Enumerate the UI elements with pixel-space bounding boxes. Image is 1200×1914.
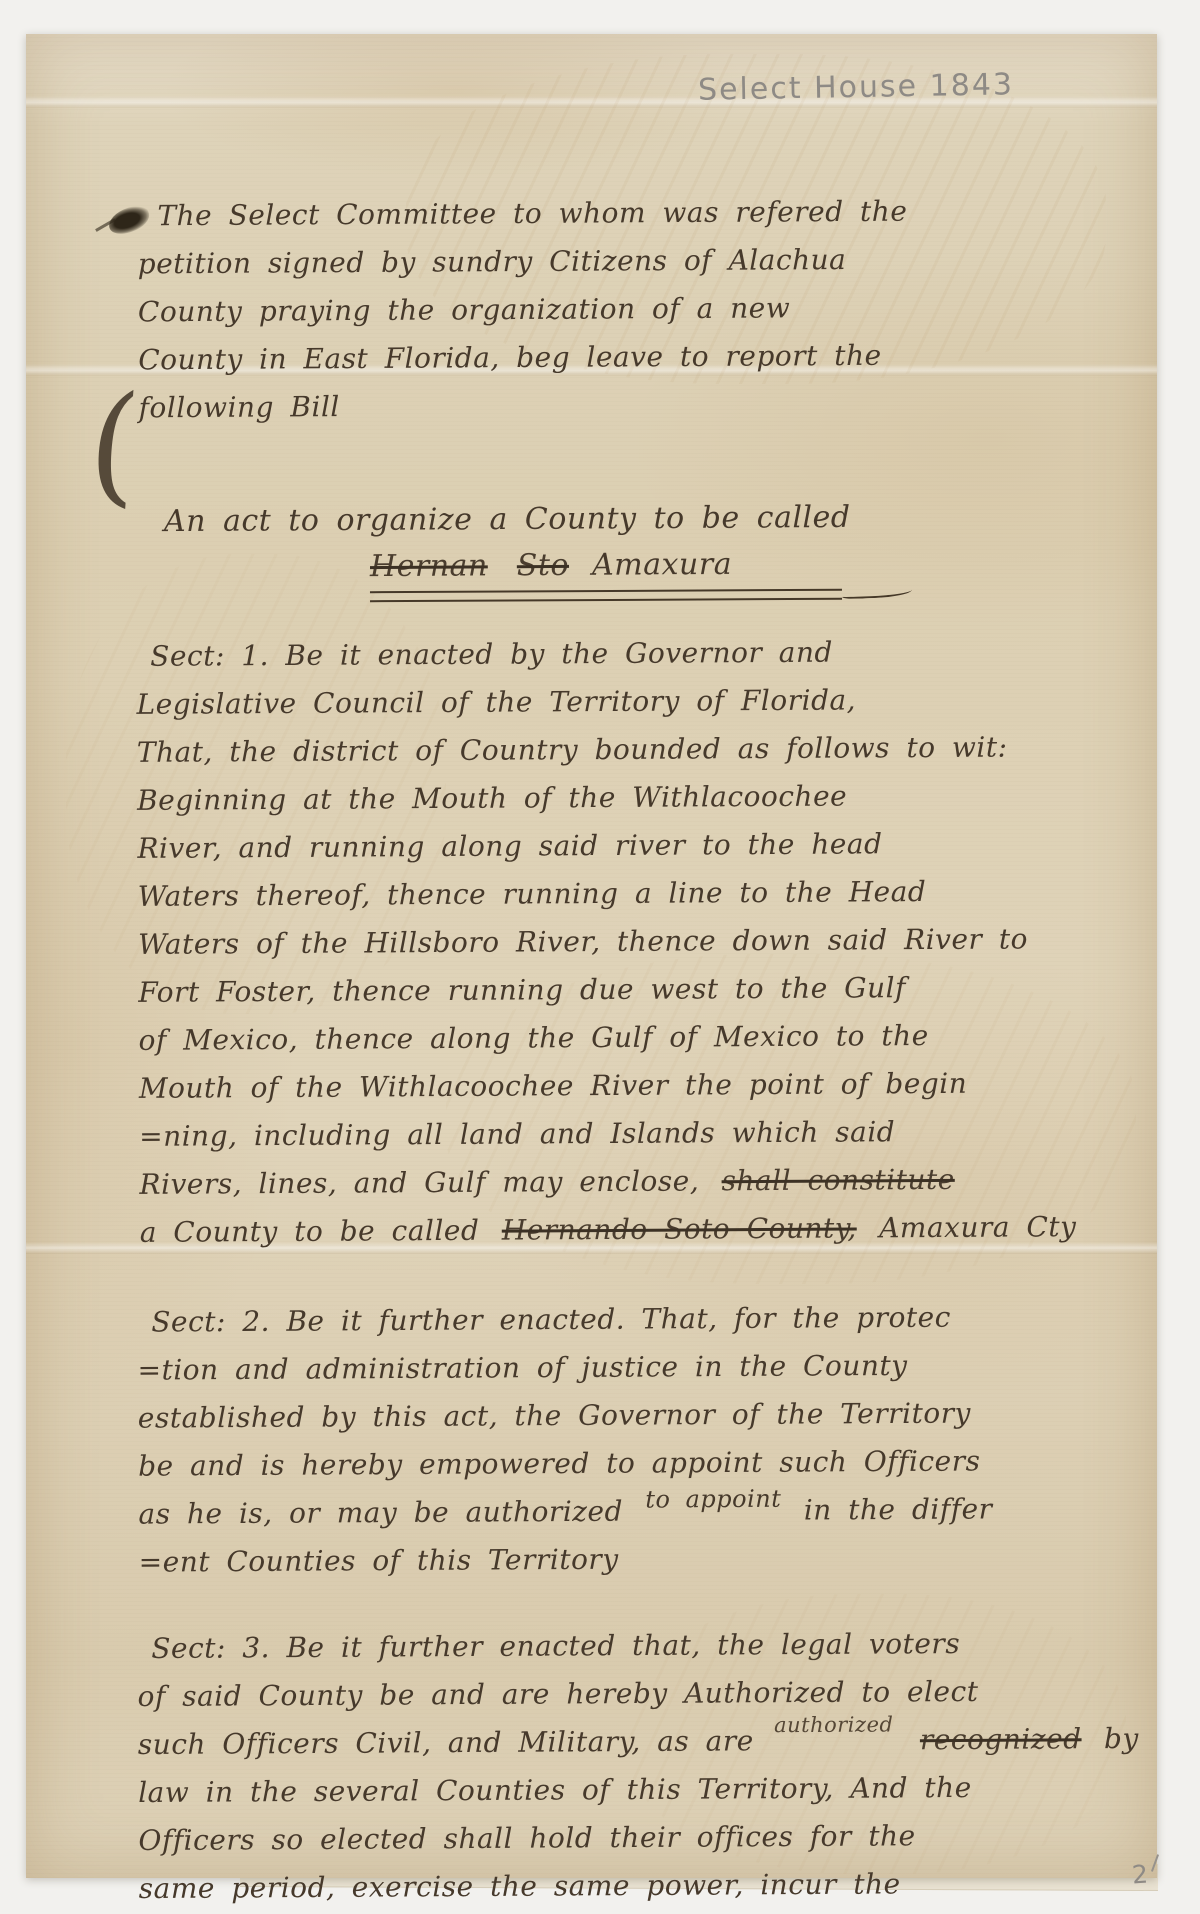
section-line: Legislative Council of the Territory of … xyxy=(136,675,1073,729)
section-line-text: by xyxy=(1104,1722,1139,1755)
section-line: =tion and administration of justice in t… xyxy=(137,1341,991,1394)
section-line: same period, exercise the same power, in… xyxy=(139,1859,1140,1913)
section-line: Fort Foster, thence running due west to … xyxy=(138,963,1075,1017)
intro-line: petition signed by sundry Citizens of Al… xyxy=(138,236,908,289)
section-line-text: as he is, or may be authorized xyxy=(138,1495,623,1531)
section-line-text: Rivers, lines, and Gulf may enclose, xyxy=(139,1164,699,1200)
county-name-amaxura: Amaxura xyxy=(592,547,732,583)
section-line: as he is, or may be authorized to appoin… xyxy=(138,1485,992,1538)
section-line: be and is hereby empowered to appoint su… xyxy=(138,1437,992,1490)
section-line: That, the district of Country bounded as… xyxy=(137,723,1074,777)
opening-bracket-flourish: ( xyxy=(79,370,147,524)
section-line: of said County be and are hereby Authori… xyxy=(137,1667,1138,1721)
section-line: Sect: 2. Be it further enacted. That, fo… xyxy=(137,1293,991,1346)
page-number-annotation: 2 xyxy=(1131,1859,1149,1889)
section-line: a County to be called Hernando Soto Coun… xyxy=(140,1203,1077,1257)
section-3: Sect: 3. Be it further enacted that, the… xyxy=(137,1619,1140,1913)
section-line: Sect: 3. Be it further enacted that, the… xyxy=(137,1619,1138,1673)
archival-annotation: Select House 1843 xyxy=(698,67,1015,108)
struck-county-name: Sto xyxy=(517,548,569,583)
bill-title-line: An act to organize a County to be called xyxy=(164,494,851,546)
section-line: Sect: 1. Be it enacted by the Governor a… xyxy=(136,627,1073,681)
struck-phrase: Hernando Soto County, xyxy=(502,1211,857,1246)
section-line: of Mexico, thence along the Gulf of Mexi… xyxy=(138,1011,1075,1065)
inserted-phrase: to appoint xyxy=(645,1485,781,1514)
section-line: law in the several Counties of this Terr… xyxy=(138,1763,1139,1817)
section-line-text: such Officers Civil, and Military, as ar… xyxy=(138,1724,754,1761)
report-intro-paragraph: The Select Committee to whom was refered… xyxy=(137,188,908,433)
section-1: Sect: 1. Be it enacted by the Governor a… xyxy=(136,627,1076,1257)
section-line: Rivers, lines, and Gulf may enclose, sha… xyxy=(139,1155,1076,1209)
struck-word: recognized xyxy=(920,1722,1082,1756)
struck-county-name: Hernan xyxy=(370,548,488,584)
section-line-text: in the differ xyxy=(804,1492,993,1526)
intro-line: following Bill xyxy=(138,380,908,433)
section-line: Mouth of the Withlacoochee River the poi… xyxy=(139,1059,1076,1113)
intro-line: County praying the organization of a new xyxy=(138,284,908,337)
underline-flourish xyxy=(842,585,912,599)
section-line: Waters thereof, thence running a line to… xyxy=(138,867,1075,921)
scanned-page-background: Select House 1843 ( The Select Committee… xyxy=(0,0,1200,1914)
section-line: such Officers Civil, and Military, as ar… xyxy=(138,1715,1139,1769)
intro-line: County in East Florida, beg leave to rep… xyxy=(138,332,908,385)
replacement-county-name: Amaxura Cty xyxy=(879,1210,1076,1244)
section-line: established by this act, the Governor of… xyxy=(138,1389,992,1442)
section-line: Officers so elected shall hold their off… xyxy=(138,1811,1139,1865)
section-line: Beginning at the Mouth of the Withlacooc… xyxy=(137,771,1074,825)
section-line-text: a County to be called xyxy=(140,1214,480,1249)
struck-phrase: shall constitute xyxy=(722,1163,955,1197)
section-line: River, and running along said river to t… xyxy=(137,819,1074,873)
double-underline xyxy=(370,589,842,602)
section-line: Waters of the Hillsboro River, thence do… xyxy=(138,915,1075,969)
inserted-word: authorized xyxy=(774,1712,893,1737)
intro-line: The Select Committee to whom was refered… xyxy=(137,188,907,241)
bill-title-name-line: Hernan Sto Amaxura xyxy=(364,541,732,591)
section-2: Sect: 2. Be it further enacted. That, fo… xyxy=(137,1293,993,1586)
manuscript-paper: Select House 1843 ( The Select Committee… xyxy=(26,34,1157,1878)
section-line: =ent Counties of this Territory xyxy=(139,1533,993,1586)
section-line: =ning, including all land and Islands wh… xyxy=(139,1107,1076,1161)
